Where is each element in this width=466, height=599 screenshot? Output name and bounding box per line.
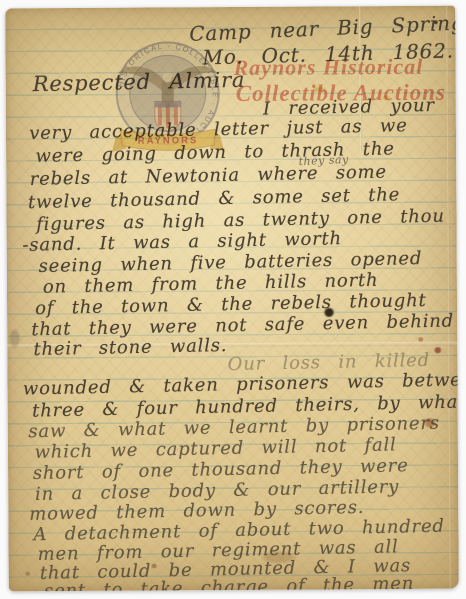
interline-insertion: they say bbox=[298, 153, 349, 168]
letter-paper: Camp near Big Springs Mo. Oct. 14th 1862… bbox=[5, 6, 459, 592]
seal-banner-text: RAYNORS bbox=[138, 135, 199, 146]
auction-watermark-line1: Raynors Historical bbox=[234, 54, 424, 81]
letter-photo: Camp near Big Springs Mo. Oct. 14th 1862… bbox=[0, 0, 466, 599]
auction-seal-watermark: HISTORICAL · COLLECTIBLE · AUCTIONS bbox=[91, 31, 248, 182]
auction-watermark-line2: Collectible Auctions bbox=[236, 80, 446, 107]
letter-line: their stone walls. bbox=[33, 337, 227, 359]
shield-icon bbox=[155, 101, 181, 131]
